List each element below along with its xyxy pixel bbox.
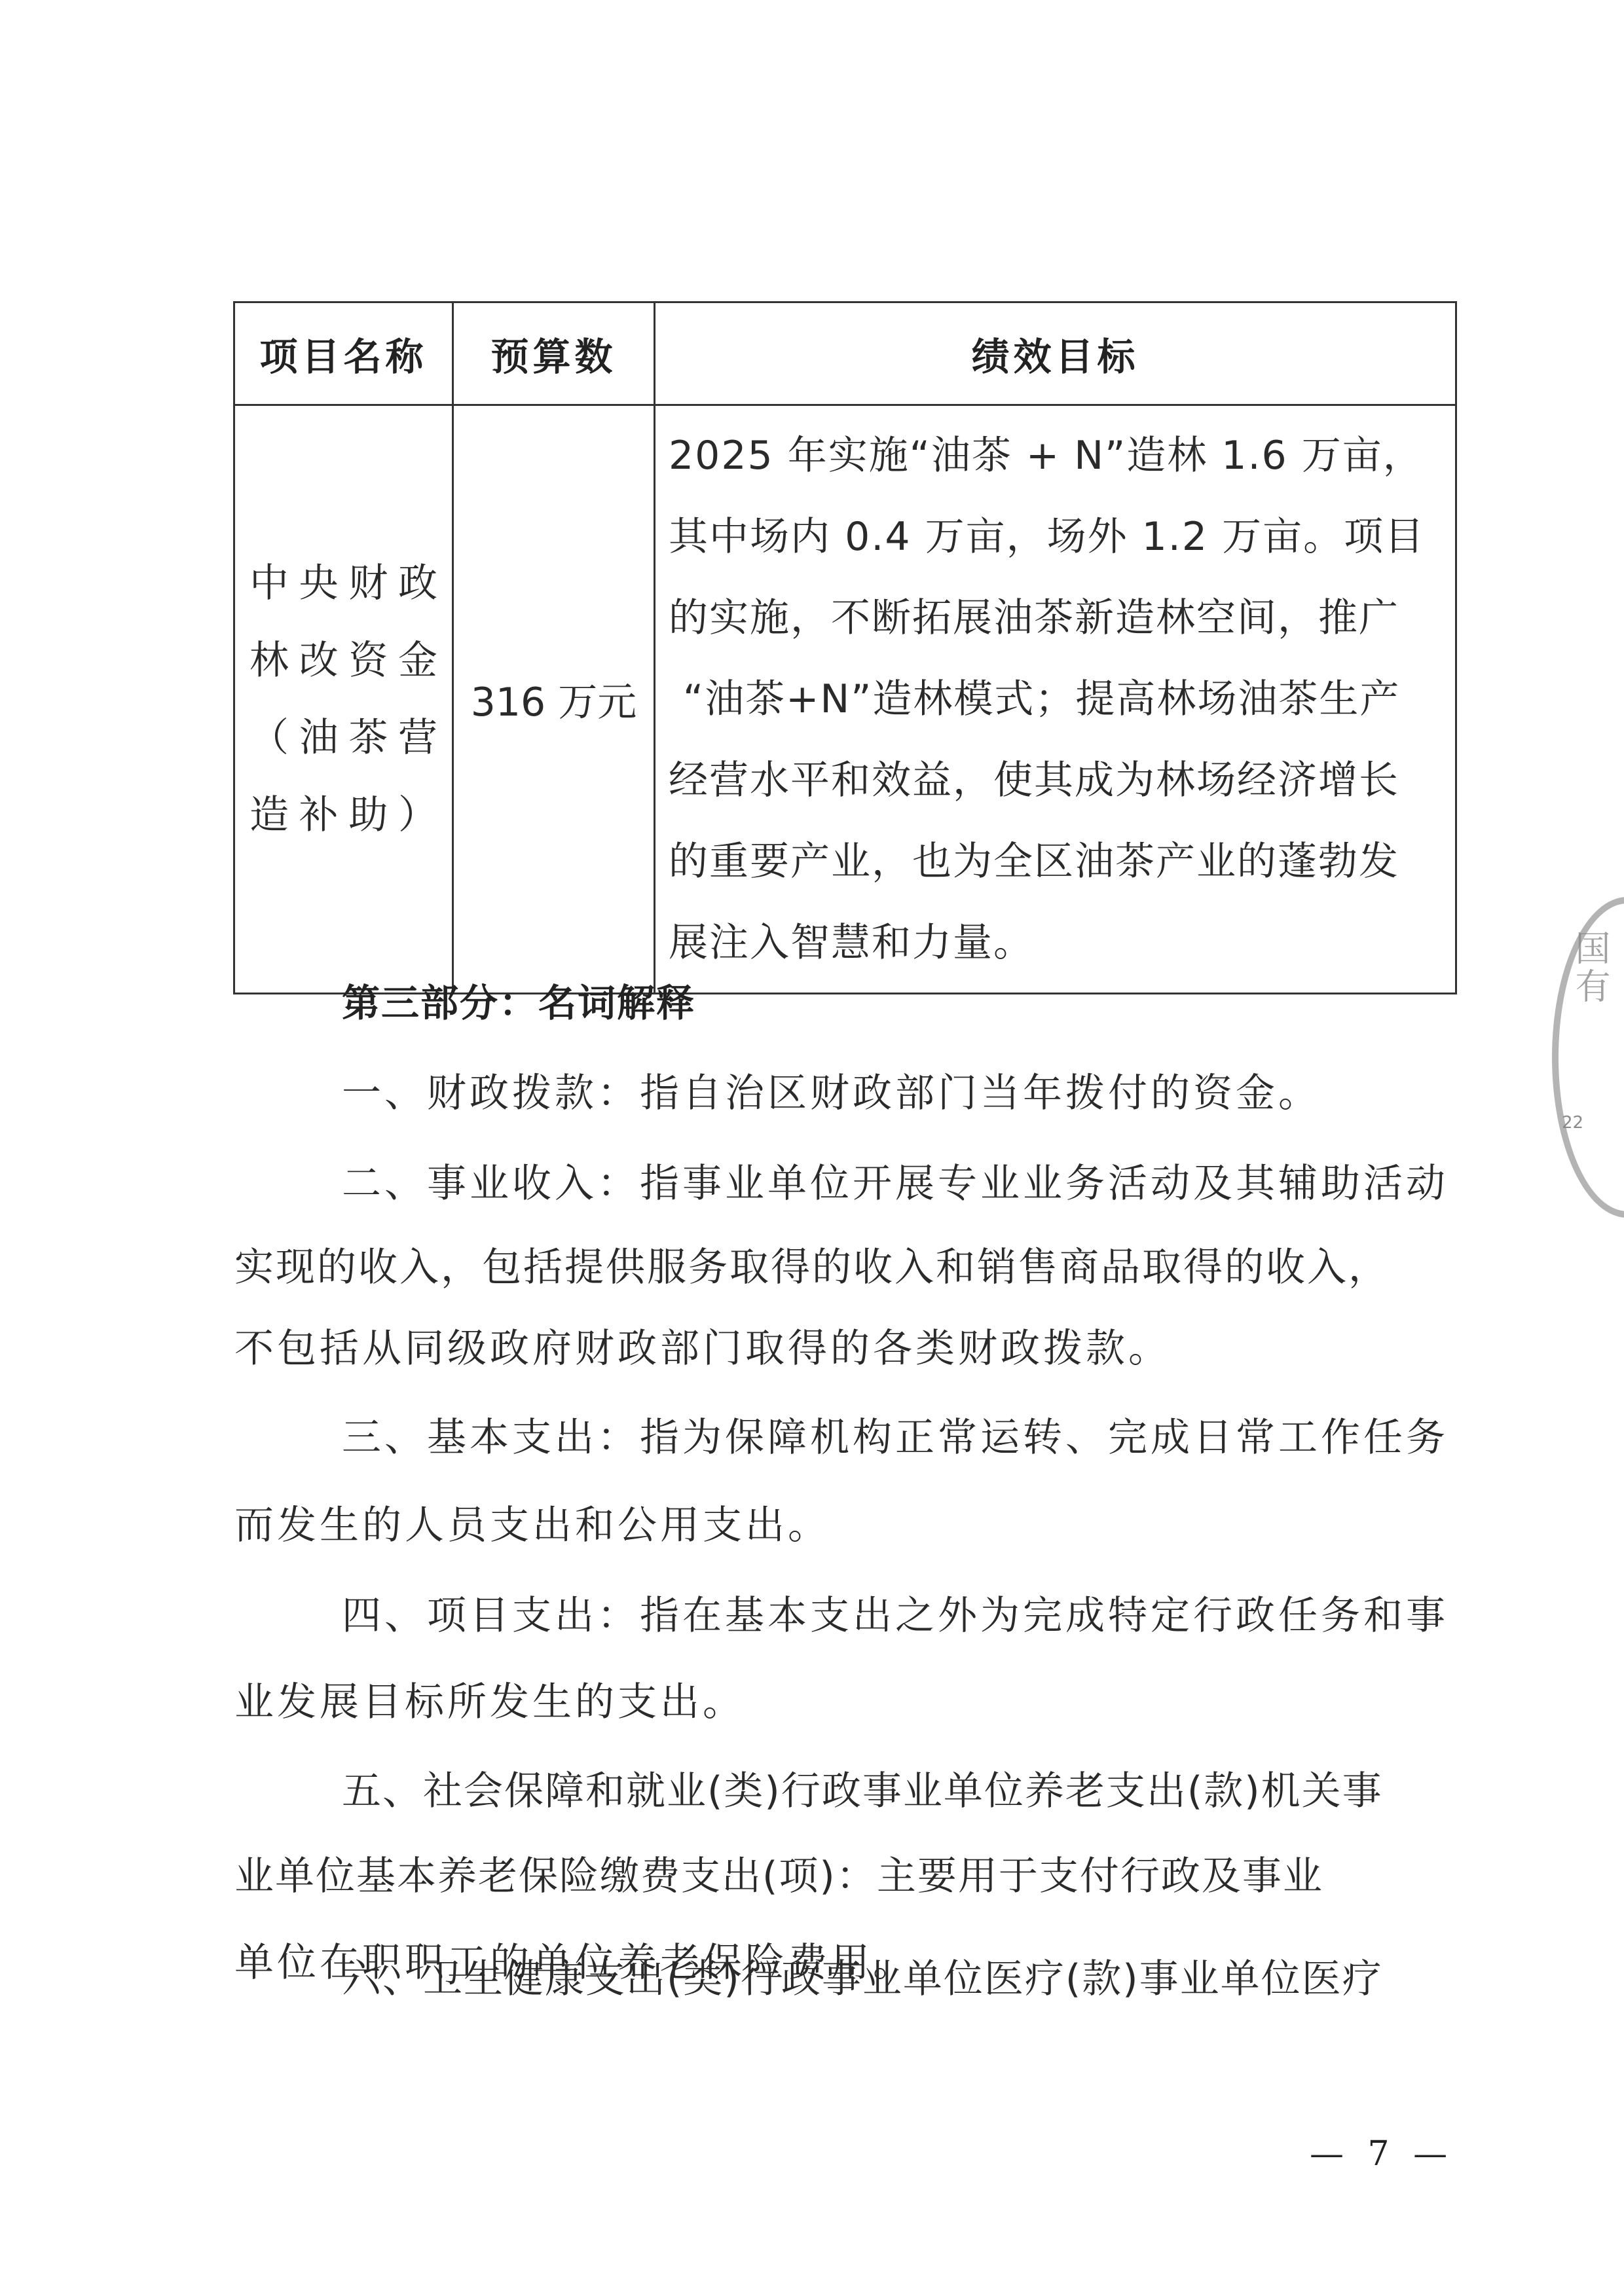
definition-line: 不包括从同级政府财政部门取得的各类财政拨款。 — [234, 1317, 1171, 1374]
project-name-line: 林改资金 — [249, 622, 437, 699]
project-name-line: 中央财政 — [249, 545, 437, 622]
definition-line: 五、社会保障和就业(类)行政事业单位养老支出(款)机关事 — [342, 1760, 1383, 1816]
definition-line: 一、财政拨款：指自治区财政部门当年拨付的资金。 — [342, 1062, 1321, 1118]
header-performance-goal: 绩效目标 — [655, 302, 1456, 405]
definition-line: 实现的收入，包括提供服务取得的收入和销售商品取得的收入， — [234, 1236, 1390, 1292]
table-header-row: 项目名称 预算数 绩效目标 — [234, 302, 1456, 405]
performance-goal-cell: 2025 年实施“油茶 + N”造林 1.6 万亩， 其中场内 0.4 万亩，场… — [655, 405, 1456, 994]
page-number: — 7 — — [1310, 2134, 1454, 2174]
definition-line: 三、基本支出：指为保障机构正常运转、完成日常工作任务 — [342, 1406, 1449, 1463]
header-project-name: 项目名称 — [234, 302, 453, 405]
definition-line: 业发展目标所发生的支出。 — [234, 1671, 745, 1727]
goal-line: 的重要产业，也为全区油茶产业的蓬勃发 — [669, 821, 1442, 902]
document-page: 项目名称 预算数 绩效目标 中央财政 林改资金 （油茶营 造补助） 316 万元… — [0, 0, 1624, 2296]
goal-line: 其中场内 0.4 万亩，场外 1.2 万亩。项目 — [669, 496, 1442, 577]
header-budget: 预算数 — [453, 302, 655, 405]
stamp-text: 国有 — [1565, 930, 1615, 1006]
stamp-number: 22 — [1562, 1113, 1583, 1133]
goal-line: 2025 年实施“油茶 + N”造林 1.6 万亩， — [669, 415, 1442, 496]
project-name-line: 造补助） — [249, 776, 437, 854]
project-name-line: （油茶营 — [249, 699, 437, 776]
definition-line: 二、事业收入：指事业单位开展专业业务活动及其辅助活动 — [342, 1152, 1449, 1209]
definition-line: 而发生的人员支出和公用支出。 — [234, 1494, 830, 1550]
table-row: 中央财政 林改资金 （油茶营 造补助） 316 万元 2025 年实施“油茶 +… — [234, 405, 1456, 994]
goal-line: 展注入智慧和力量。 — [669, 902, 1442, 983]
definition-line: 业单位基本养老保险缴费支出(项)：主要用于支付行政及事业 — [234, 1845, 1323, 1901]
project-name-cell: 中央财政 林改资金 （油茶营 造补助） — [234, 405, 453, 994]
goal-line: “油茶+N”造林模式；提高林场油茶生产 — [669, 659, 1442, 740]
budget-cell: 316 万元 — [453, 405, 655, 994]
definition-line: 四、项目支出：指在基本支出之外为完成特定行政任务和事 — [342, 1584, 1449, 1641]
goal-line: 经营水平和效益，使其成为林场经济增长 — [669, 740, 1442, 821]
goal-line: 的实施，不断拓展油茶新造林空间，推广 — [669, 577, 1442, 659]
section-title: 第三部分：名词解释 — [342, 972, 695, 1027]
definition-line: 六、卫生健康支出(类)行政事业单位医疗(款)事业单位医疗 — [342, 1948, 1383, 2004]
performance-goals-table: 项目名称 预算数 绩效目标 中央财政 林改资金 （油茶营 造补助） 316 万元… — [233, 301, 1457, 994]
